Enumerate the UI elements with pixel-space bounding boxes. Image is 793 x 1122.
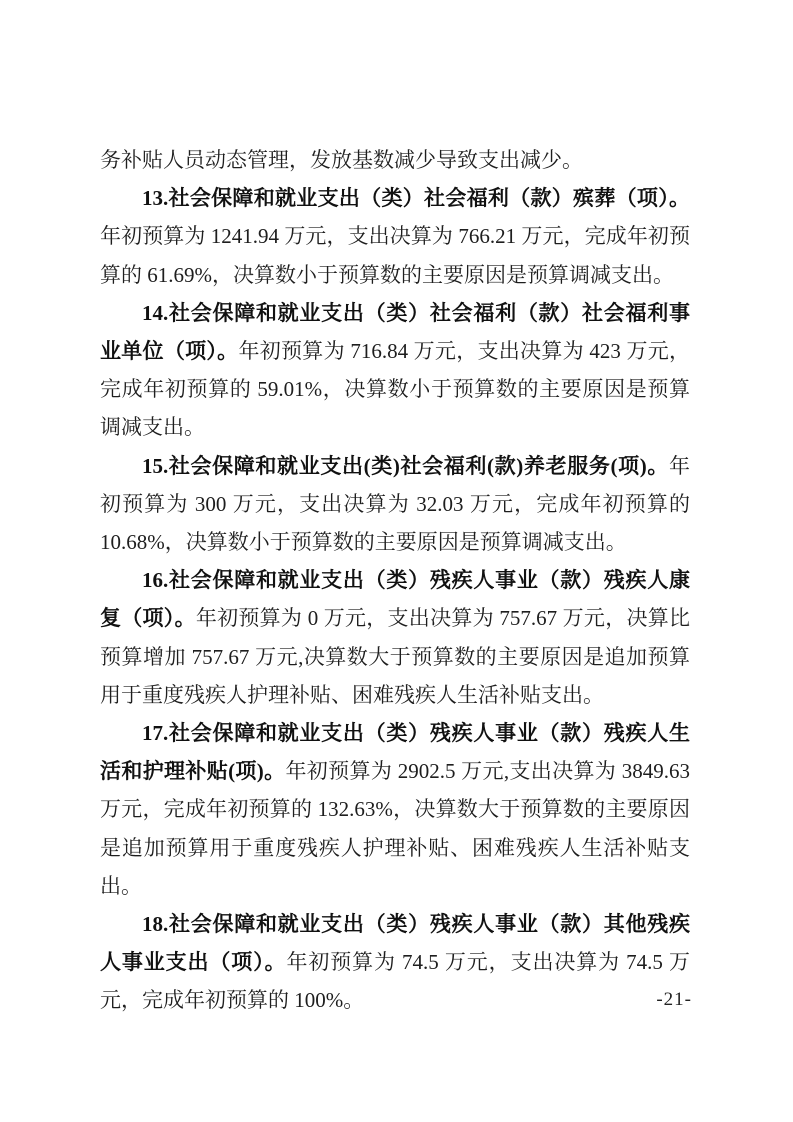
budget-item-paragraph-15: 15.社会保障和就业支出(类)社会福利(款)养老服务(项)。年初预算为 300 … <box>100 447 690 562</box>
budget-item-paragraph-16: 16.社会保障和就业支出（类）残疾人事业（款）残疾人康复（项）。年初预算为 0 … <box>100 561 690 714</box>
item-13-heading: 13.社会保障和就业支出（类）社会福利（款）殡葬（项）。 <box>142 186 690 210</box>
item-15-heading: 15.社会保障和就业支出(类)社会福利(款)养老服务(项)。 <box>142 454 669 478</box>
budget-item-paragraph-17: 17.社会保障和就业支出（类）残疾人事业（款）残疾人生活和护理补贴(项)。年初预… <box>100 714 690 905</box>
budget-item-paragraph-13: 13.社会保障和就业支出（类）社会福利（款）殡葬（项）。年初预算为 1241.9… <box>100 179 690 294</box>
budget-item-paragraph-14: 14.社会保障和就业支出（类）社会福利（款）社会福利事业单位（项）。年初预算为 … <box>100 294 690 447</box>
document-body: 务补贴人员动态管理，发放基数减少导致支出减少。 13.社会保障和就业支出（类）社… <box>100 141 690 1020</box>
document-page: 务补贴人员动态管理，发放基数减少导致支出减少。 13.社会保障和就业支出（类）社… <box>0 0 793 1122</box>
intro-continuation-paragraph: 务补贴人员动态管理，发放基数减少导致支出减少。 <box>100 141 690 179</box>
intro-text: 务补贴人员动态管理，发放基数减少导致支出减少。 <box>100 148 583 172</box>
page-number: -21- <box>100 988 692 1012</box>
item-13-body: 年初预算为 1241.94 万元，支出决算为 766.21 万元，完成年初预算的… <box>100 224 690 286</box>
